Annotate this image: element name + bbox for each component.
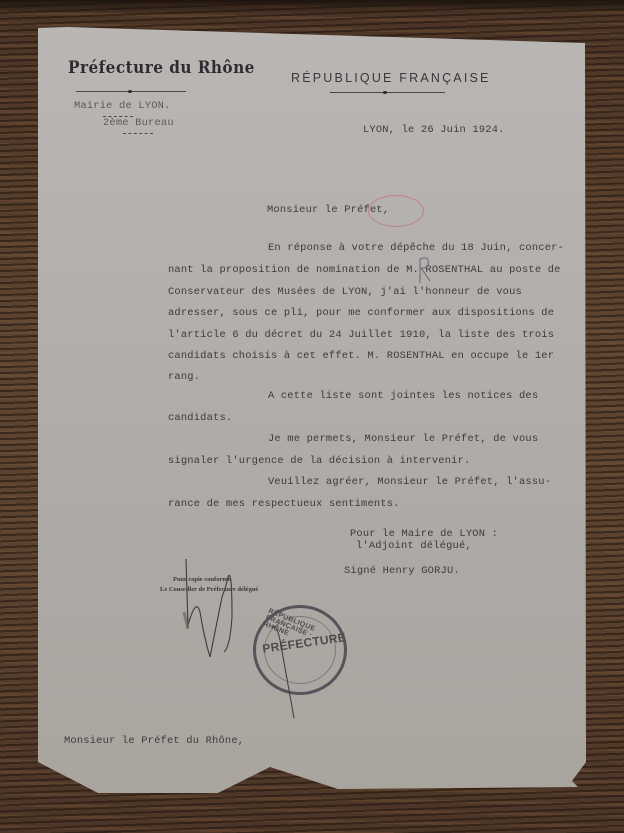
bureau-underline [123,133,153,134]
body-line: candidats. [168,412,232,424]
body-line: l'article 6 du décret du 24 Juillet 1910… [168,329,554,341]
signature-line: Signé Henry GORJU. [344,565,460,577]
letterhead-republique: RÉPUBLIQUE FRANÇAISE [291,71,491,85]
body-line: A cette liste sont jointes les notices d… [268,390,538,402]
rule-ornament [128,90,132,93]
wood-edge-shadow [0,0,624,14]
closing-line-1: Pour le Maire de LYON : [350,528,498,540]
body-line: nant la proposition de nomination de M. … [168,264,561,276]
body-line: Conservateur des Musées de LYON, j'ai l'… [168,286,522,298]
letterhead-prefecture: Préfecture du Rhône [68,58,255,78]
body-line: signaler l'urgence de la décision à inte… [168,455,470,467]
body-line: Veuillez agréer, Monsieur le Préfet, l'a… [268,476,551,488]
rule-ornament [383,91,387,94]
handwritten-signature [176,557,246,667]
bureau-name: 2ème Bureau [103,117,174,129]
body-line: candidats choisis à cet effet. M. ROSENT… [168,350,554,362]
body-line: Je me permets, Monsieur le Préfet, de vo… [268,433,538,445]
body-line: adresser, sous ce pli, pour me conformer… [168,307,554,319]
office-name: Mairie de LYON. [74,100,171,112]
red-reception-stamp [368,195,424,227]
prefecture-round-stamp: RÉPUBLIQUE FRANÇAISE · RHÔNE PRÉFECTURE [253,605,347,695]
letterhead-rule-right [330,92,445,93]
body-line: rance de mes respectueux sentiments. [168,498,400,510]
addressee: Monsieur le Préfet du Rhône, [64,735,244,747]
letter-page: Préfecture du Rhône RÉPUBLIQUE FRANÇAISE… [38,27,586,809]
handwritten-r-mark [416,255,436,285]
body-line: En réponse à votre dépêche du 18 Juin, c… [268,242,564,254]
closing-line-2: l'Adjoint délégué, [356,540,472,552]
body-line: rang. [168,371,200,383]
dateline: LYON, le 26 Juin 1924. [363,124,505,136]
signature-stroke [270,622,300,722]
